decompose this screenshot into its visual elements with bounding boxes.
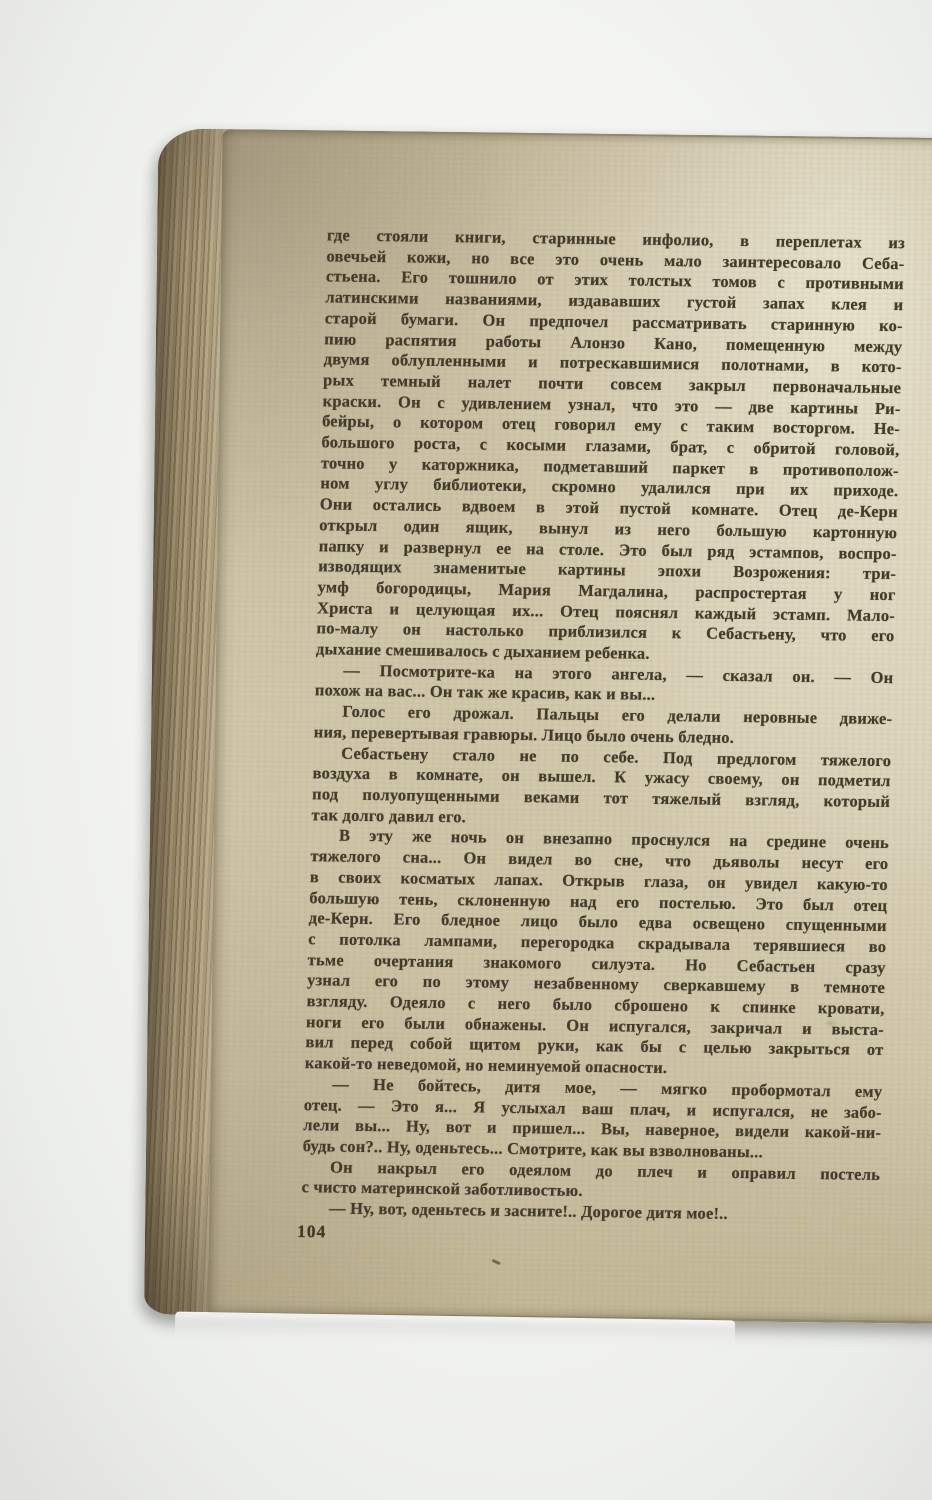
- paper-surface: где стояли книги, старинные инфолио, в п…: [208, 129, 932, 1324]
- page-text: где стояли книги, старинные инфолио, в п…: [301, 225, 905, 1226]
- paper-stain: [491, 1259, 500, 1265]
- page-number: 104: [297, 1221, 327, 1242]
- book-page: где стояли книги, старинные инфолио, в п…: [144, 128, 932, 1324]
- scanned-page-view: где стояли книги, старинные инфолио, в п…: [0, 0, 932, 1500]
